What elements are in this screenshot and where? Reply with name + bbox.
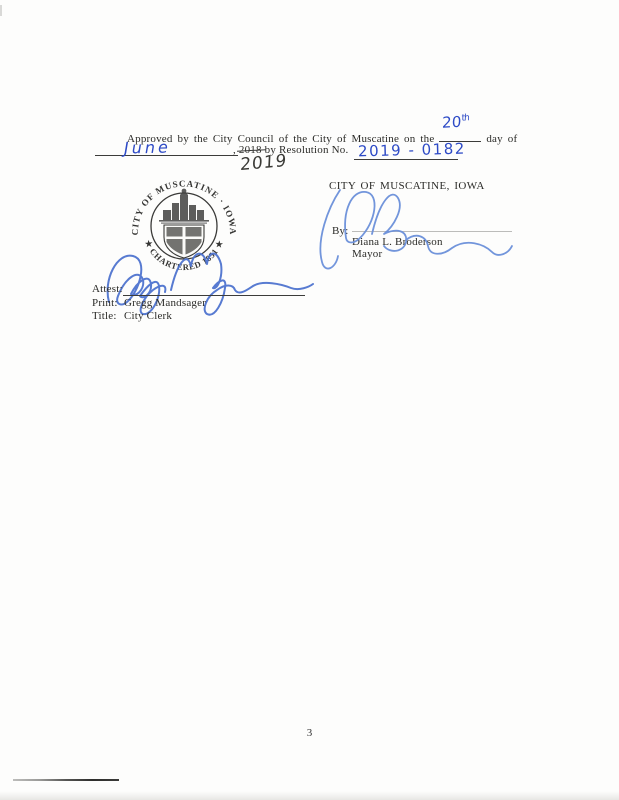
mayor-title: Mayor <box>352 248 382 260</box>
by-label: By: <box>332 225 349 237</box>
city-seal: CITY OF MUSCATINE · IOWA ★ CHARTERED 185… <box>128 172 241 284</box>
mayor-signature-line <box>352 231 512 232</box>
attest-signature-line <box>123 295 305 296</box>
scan-corner-artifact <box>0 5 2 16</box>
page-number: 3 <box>0 727 619 739</box>
print-label: Print: <box>92 297 121 309</box>
seal-shield-emblem <box>164 225 204 258</box>
mayor-name: Diana L. Broderson <box>352 236 443 248</box>
title-value: City Clerk <box>124 310 172 322</box>
resolution-blank-line <box>354 159 458 160</box>
scan-artifact-line <box>13 779 119 781</box>
handwritten-resolution-number: 2019 - 0182 <box>358 140 466 161</box>
scanned-document-page: Approved by the City Council of the City… <box>0 0 619 800</box>
handwritten-month: June <box>124 137 171 157</box>
seal-buildings-emblem <box>159 189 209 224</box>
title-label: Title: <box>92 310 121 322</box>
print-line: Print: Gregg Mandsager <box>92 297 206 309</box>
scan-edge-shadow <box>0 791 619 800</box>
organization-name: CITY OF MUSCATINE, IOWA <box>329 180 485 192</box>
handwritten-day: 20th <box>442 112 469 131</box>
title-line: Title: City Clerk <box>92 310 172 322</box>
print-value: Gregg Mandsager <box>124 297 206 309</box>
city-seal-graphic: CITY OF MUSCATINE · IOWA ★ CHARTERED 185… <box>128 172 241 284</box>
approval-line1-suffix: day of <box>486 133 517 145</box>
handwritten-corrected-year: 2019 <box>240 151 288 175</box>
attest-label: Attest: <box>92 283 123 295</box>
